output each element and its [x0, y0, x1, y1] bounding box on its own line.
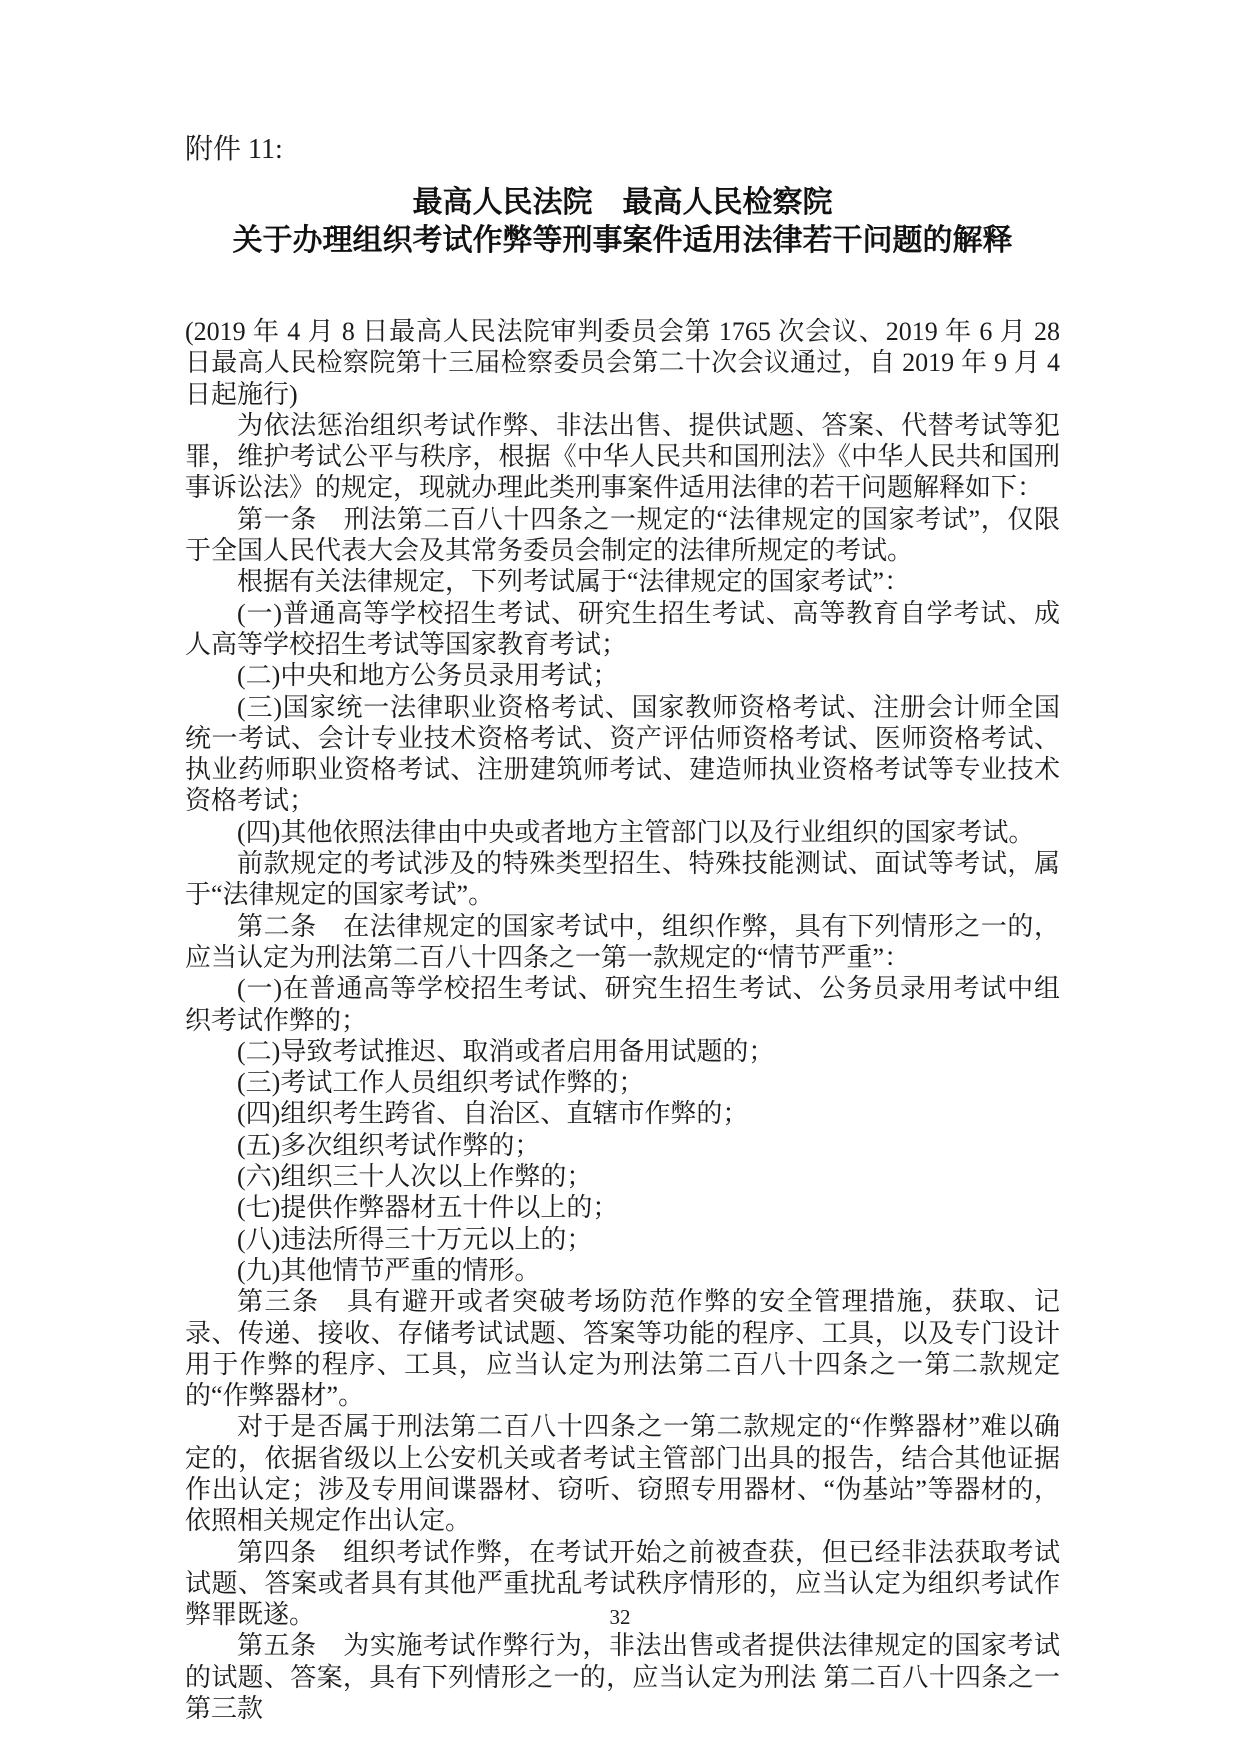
paragraph-article-1-item-3: (三)国家统一法律职业资格考试、国家教师资格考试、注册会计师全国统一考试、会计专… [185, 692, 1060, 817]
paragraph-article-2-item-3: (三)考试工作人员组织考试作弊的； [185, 1067, 1060, 1098]
paragraph-article-2-item-9: (九)其他情节严重的情形。 [185, 1255, 1060, 1286]
paragraph-article-2-item-1: (一)在普通高等学校招生考试、研究生招生考试、公务员录用考试中组织考试作弊的； [185, 973, 1060, 1036]
paragraph-article-1-item-4: (四)其他依照法律由中央或者地方主管部门以及行业组织的国家考试。 [185, 817, 1060, 848]
attachment-label: 附件 11: [185, 134, 1060, 166]
paragraph-article-3-determination: 对于是否属于刑法第二百八十四条之一第二款规定的“作弊器材”难以确定的，依据省级以… [185, 1411, 1060, 1536]
paragraph-article-1: 第一条 刑法第二百八十四条之一规定的“法律规定的国家考试”，仅限于全国人民代表大… [185, 504, 1060, 567]
paragraph-article-2-item-4: (四)组织考生跨省、自治区、直辖市作弊的； [185, 1098, 1060, 1129]
paragraph-article-2-item-2: (二)导致考试推迟、取消或者启用备用试题的； [185, 1036, 1060, 1067]
document-page: 附件 11: 最高人民法院 最高人民检察院 关于办理组织考试作弊等刑事案件适用法… [0, 0, 1240, 1753]
paragraph-article-1-item-1: (一)普通高等学校招生考试、研究生招生考试、高等教育自学考试、成人高等学校招生考… [185, 598, 1060, 661]
paragraph-article-2: 第二条 在法律规定的国家考试中，组织作弊，具有下列情形之一的，应当认定为刑法第二… [185, 911, 1060, 974]
paragraph-preamble: 为依法惩治组织考试作弊、非法出售、提供试题、答案、代替考试等犯罪，维护考试公平与… [185, 410, 1060, 504]
paragraph-article-1-lead: 根据有关法律规定，下列考试属于“法律规定的国家考试”： [185, 566, 1060, 597]
paragraph-adoption-note: (2019 年 4 月 8 日最高人民法院审判委员会第 1765 次会议、201… [185, 316, 1060, 410]
document-body: (2019 年 4 月 8 日最高人民法院审判委员会第 1765 次会议、201… [185, 316, 1060, 1724]
paragraph-article-1-closing: 前款规定的考试涉及的特殊类型招生、特殊技能测试、面试等考试，属于“法律规定的国家… [185, 848, 1060, 911]
title-line-interpretation: 关于办理组织考试作弊等刑事案件适用法律若干问题的解释 [185, 222, 1060, 260]
paragraph-article-5: 第五条 为实施考试作弊行为，非法出售或者提供法律规定的国家考试的试题、答案，具有… [185, 1630, 1060, 1724]
paragraph-article-2-item-6: (六)组织三十人次以上作弊的； [185, 1161, 1060, 1192]
page-number: 32 [0, 1604, 1240, 1630]
paragraph-article-3: 第三条 具有避开或者突破考场防范作弊的安全管理措施，获取、记录、传递、接收、存储… [185, 1286, 1060, 1411]
title-line-courts: 最高人民法院 最高人民检察院 [185, 184, 1060, 222]
paragraph-article-1-item-2: (二)中央和地方公务员录用考试； [185, 660, 1060, 691]
document-title: 最高人民法院 最高人民检察院 关于办理组织考试作弊等刑事案件适用法律若干问题的解… [185, 184, 1060, 260]
paragraph-article-2-item-8: (八)违法所得三十万元以上的； [185, 1224, 1060, 1255]
paragraph-article-2-item-5: (五)多次组织考试作弊的； [185, 1130, 1060, 1161]
paragraph-article-2-item-7: (七)提供作弊器材五十件以上的； [185, 1192, 1060, 1223]
